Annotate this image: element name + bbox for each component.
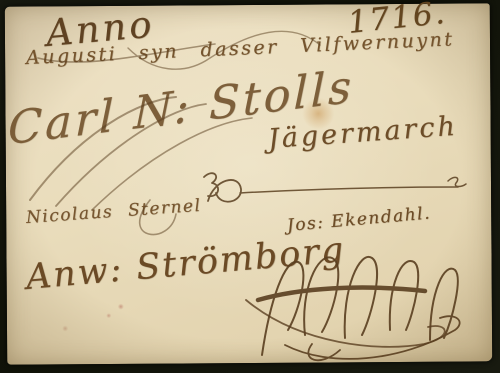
scanned-letter-photo: Anno 1716. Augusti syn dasser Vilfwernuy… [0, 0, 500, 373]
